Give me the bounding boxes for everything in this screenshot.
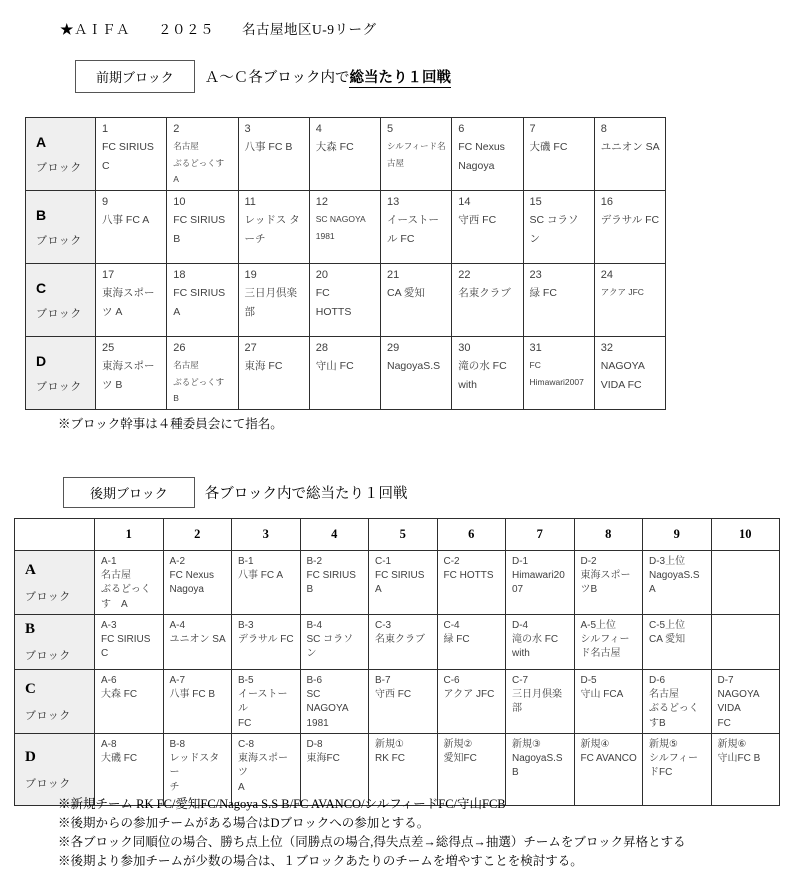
- team-cell: 3八事 FC B: [238, 118, 309, 191]
- team-name: イーストール FC: [238, 688, 295, 732]
- team-number: 16: [601, 195, 660, 210]
- assignment-code: 新規①: [375, 738, 432, 752]
- block-row: AブロックA-1名古屋 ぶるどっくす AA-2FC Nexus NagoyaB-…: [15, 551, 780, 615]
- second-half-table: 12345678910 AブロックA-1名古屋 ぶるどっくす AA-2FC Ne…: [14, 518, 780, 806]
- assignment-cell: B-3デラサル FC: [232, 615, 301, 670]
- assignment-code: C-5上位: [649, 619, 706, 633]
- team-cell: 6FC Nexus Nagoya: [452, 118, 523, 191]
- team-number: 6: [458, 122, 517, 137]
- block-letter: A: [25, 562, 94, 579]
- block-label: ブロック: [25, 588, 94, 604]
- team-name: FC Himawari2007: [530, 357, 589, 389]
- block-letter: D: [25, 749, 94, 766]
- team-name: 名古屋 ぶるどっくす A: [173, 138, 232, 186]
- assignment-cell: B-1八事 FC A: [232, 551, 301, 615]
- assignment-code: D-3上位: [649, 555, 706, 569]
- assignment-cell: D-5守山 FCA: [574, 670, 643, 734]
- assignment-cell: B-6SC NAGOYA 1981: [300, 670, 369, 734]
- team-name: FC HOTTS: [316, 284, 375, 321]
- assignment-cell: A-7八事 FC B: [163, 670, 232, 734]
- team-name: NAGOYA VIDA FC: [718, 688, 775, 732]
- document-page: ★ＡＩＦＡ ２０２５ 名古屋地区U-9リーグ 前期ブロック Ａ～Ｃ各ブロック内で…: [0, 0, 794, 891]
- team-name: FC SIRIUS A: [173, 284, 232, 321]
- team-name: FC Nexus Nagoya: [170, 569, 227, 598]
- column-number-header: 9: [643, 519, 712, 551]
- team-name: 守西 FC: [458, 211, 517, 229]
- block-row-header: Aブロック: [26, 118, 96, 191]
- team-number: 11: [245, 195, 304, 210]
- block-label: ブロック: [36, 232, 95, 248]
- note-line: ※後期からの参加チームがある場合はDブロックへの参加とする。: [58, 814, 686, 833]
- first-half-subtitle-plain: Ａ～Ｃ各ブロック内で: [205, 70, 350, 86]
- assignment-cell: A-4ユニオン SA: [163, 615, 232, 670]
- team-name: RK FC: [375, 752, 432, 767]
- team-name: FC HOTTS: [444, 569, 501, 584]
- team-name: アクア JFC: [601, 284, 660, 300]
- team-name: 大森 FC: [316, 138, 375, 156]
- assignment-code: D-1: [512, 555, 569, 569]
- team-name: 守山FC B: [718, 752, 775, 767]
- team-cell: 26名古屋 ぶるどっくす B: [167, 337, 238, 410]
- column-number-header: 2: [163, 519, 232, 551]
- team-number: 25: [102, 341, 161, 356]
- team-name: 八事 FC A: [238, 569, 295, 584]
- team-cell: 25東海スポーツ B: [96, 337, 167, 410]
- block-row-header: Cブロック: [15, 670, 95, 734]
- team-number: 2: [173, 122, 232, 137]
- assignment-code: 新規③: [512, 738, 569, 752]
- team-number: 8: [601, 122, 660, 137]
- team-cell: 31FC Himawari2007: [523, 337, 594, 410]
- block-letter: C: [36, 280, 95, 296]
- assignment-code: B-2: [307, 555, 364, 569]
- column-number-header: 5: [369, 519, 438, 551]
- column-number-header: 8: [574, 519, 643, 551]
- assignment-code: 新規②: [444, 738, 501, 752]
- assignment-code: B-3: [238, 619, 295, 633]
- column-number-header: 1: [95, 519, 164, 551]
- team-cell: 24アクア JFC: [594, 264, 665, 337]
- team-name: 滝の水 FC with: [458, 357, 517, 394]
- first-half-box-label: 前期ブロック: [75, 60, 195, 93]
- team-name: ユニオン SA: [170, 633, 227, 648]
- assignment-code: C-3: [375, 619, 432, 633]
- team-name: デラサル FC: [601, 211, 660, 229]
- block-row-header: Bブロック: [15, 615, 95, 670]
- assignment-cell: A-6大森 FC: [95, 670, 164, 734]
- team-name: 名古屋 ぶるどっくすB: [649, 688, 706, 732]
- team-name: 滝の水 FC with: [512, 633, 569, 662]
- team-number: 1: [102, 122, 161, 137]
- team-name: 守山 FC: [316, 357, 375, 375]
- note-line: ※後期より参加チームが少数の場合は、１ブロックあたりのチームを増やすことを検討す…: [58, 852, 686, 871]
- first-half-subtitle-bold: 総当たり１回戦: [349, 70, 451, 88]
- assignment-code: A-3: [101, 619, 158, 633]
- team-name: 名東クラブ: [375, 633, 432, 648]
- team-name: デラサル FC: [238, 633, 295, 648]
- assignment-cell: B-7守西 FC: [369, 670, 438, 734]
- block-label: ブロック: [36, 305, 95, 321]
- team-number: 24: [601, 268, 660, 283]
- team-name: NAGOYA VIDA FC: [601, 357, 660, 394]
- team-name: 守山 FCA: [581, 688, 638, 703]
- team-name: レッドスター チ: [170, 752, 227, 796]
- assignment-cell: C-4緑 FC: [437, 615, 506, 670]
- team-number: 14: [458, 195, 517, 210]
- assignment-code: D-5: [581, 674, 638, 688]
- block-label: ブロック: [36, 159, 95, 175]
- assignment-cell: [711, 615, 780, 670]
- block-letter: D: [36, 353, 95, 369]
- assignment-code: B-1: [238, 555, 295, 569]
- team-name: 緑 FC: [444, 633, 501, 648]
- team-cell: 21CA 愛知: [381, 264, 452, 337]
- team-name: シルフィード名古屋: [387, 138, 446, 170]
- team-name: 愛知FC: [444, 752, 501, 767]
- team-name: シルフィードFC: [649, 752, 706, 781]
- team-cell: 4大森 FC: [309, 118, 380, 191]
- assignment-code: D-2: [581, 555, 638, 569]
- team-number: 31: [530, 341, 589, 356]
- corner-header: [15, 519, 95, 551]
- team-number: 27: [245, 341, 304, 356]
- block-letter: B: [25, 621, 94, 638]
- team-name: アクア JFC: [444, 688, 501, 703]
- team-number: 28: [316, 341, 375, 356]
- page-title: ★ＡＩＦＡ ２０２５ 名古屋地区U-9リーグ: [60, 18, 377, 38]
- assignment-code: D-7: [718, 674, 775, 688]
- team-number: 5: [387, 122, 446, 137]
- team-cell: 28守山 FC: [309, 337, 380, 410]
- block-label: ブロック: [25, 775, 94, 791]
- assignment-code: D-4: [512, 619, 569, 633]
- team-name: SC コラソン: [307, 633, 364, 662]
- assignment-code: C-6: [444, 674, 501, 688]
- team-name: 守西 FC: [375, 688, 432, 703]
- assignment-code: A-2: [170, 555, 227, 569]
- column-number-header: 3: [232, 519, 301, 551]
- second-half-subtitle: 各ブロック内で総当たり１回戦: [205, 482, 408, 503]
- second-half-box-label: 後期ブロック: [63, 477, 195, 508]
- team-name: 名古屋 ぶるどっくす B: [173, 357, 232, 405]
- team-name: NagoyaS.S: [387, 357, 446, 375]
- team-name: 東海 FC: [245, 357, 304, 375]
- team-name: 八事 FC B: [245, 138, 304, 156]
- team-name: 三日月倶楽部: [512, 688, 569, 717]
- assignment-code: A-7: [170, 674, 227, 688]
- block-letter: B: [36, 207, 95, 223]
- assignment-cell: C-1FC SIRIUS A: [369, 551, 438, 615]
- assignment-cell: D-2東海スポーツB: [574, 551, 643, 615]
- assignment-cell: A-1名古屋 ぶるどっくす A: [95, 551, 164, 615]
- team-name: 大磯 FC: [101, 752, 158, 767]
- team-name: SC NAGOYA 1981: [316, 211, 375, 243]
- assignment-code: C-7: [512, 674, 569, 688]
- first-half-subtitle: Ａ～Ｃ各ブロック内で総当たり１回戦: [205, 66, 451, 87]
- team-number: 17: [102, 268, 161, 283]
- team-number: 23: [530, 268, 589, 283]
- team-number: 4: [316, 122, 375, 137]
- team-name: 東海スポーツ A: [238, 752, 295, 796]
- team-name: ユニオン SA: [601, 138, 660, 156]
- team-name: CA 愛知: [387, 284, 446, 302]
- team-number: 3: [245, 122, 304, 137]
- assignment-code: A-6: [101, 674, 158, 688]
- team-number: 22: [458, 268, 517, 283]
- assignment-cell: C-7三日月倶楽部: [506, 670, 575, 734]
- assignment-code: B-4: [307, 619, 364, 633]
- assignment-code: B-5: [238, 674, 295, 688]
- block-row: Aブロック1FC SIRIUS C2名古屋 ぶるどっくす A3八事 FC B4大…: [26, 118, 666, 191]
- team-name: Himawari2007: [512, 569, 569, 598]
- team-cell: 11レッドス ターチ: [238, 191, 309, 264]
- team-cell: 5シルフィード名古屋: [381, 118, 452, 191]
- team-number: 15: [530, 195, 589, 210]
- team-name: シルフィード名古屋: [581, 633, 638, 662]
- second-half-section-header: 後期ブロック 各ブロック内で総当たり１回戦: [63, 477, 407, 508]
- assignment-cell: D-4滝の水 FC with: [506, 615, 575, 670]
- team-name: FC AVANCO: [581, 752, 638, 767]
- team-name: 大森 FC: [101, 688, 158, 703]
- block-label: ブロック: [25, 647, 94, 663]
- team-name: 東海スポーツB: [581, 569, 638, 598]
- assignment-cell: B-4SC コラソン: [300, 615, 369, 670]
- team-cell: 22名東クラブ: [452, 264, 523, 337]
- note-line: ※新規チーム RK FC/愛知FC/Nagoya S.S B/FC AVANCO…: [58, 795, 686, 814]
- team-name: FC SIRIUS C: [101, 633, 158, 662]
- assignment-code: B-8: [170, 738, 227, 752]
- team-number: 30: [458, 341, 517, 356]
- team-name: 名東クラブ: [458, 284, 517, 302]
- team-name: FC SIRIUS B: [173, 211, 232, 248]
- team-name: 東海FC: [307, 752, 364, 767]
- team-cell: 9八事 FC A: [96, 191, 167, 264]
- team-cell: 1FC SIRIUS C: [96, 118, 167, 191]
- assignment-code: C-2: [444, 555, 501, 569]
- column-number-header: 7: [506, 519, 575, 551]
- team-number: 12: [316, 195, 375, 210]
- team-cell: 18FC SIRIUS A: [167, 264, 238, 337]
- block-row-header: Bブロック: [26, 191, 96, 264]
- assignment-code: A-4: [170, 619, 227, 633]
- team-name: FC SIRIUS B: [307, 569, 364, 598]
- team-name: FC Nexus Nagoya: [458, 138, 517, 175]
- assignment-code: A-1: [101, 555, 158, 569]
- assignment-code: C-4: [444, 619, 501, 633]
- team-cell: 13イーストール FC: [381, 191, 452, 264]
- assignment-cell: A-5上位シルフィード名古屋: [574, 615, 643, 670]
- block-label: ブロック: [36, 378, 95, 394]
- column-number-header: 4: [300, 519, 369, 551]
- team-cell: 8ユニオン SA: [594, 118, 665, 191]
- team-number: 9: [102, 195, 161, 210]
- team-number: 19: [245, 268, 304, 283]
- assignment-cell: A-3FC SIRIUS C: [95, 615, 164, 670]
- team-cell: 20FC HOTTS: [309, 264, 380, 337]
- team-cell: 10FC SIRIUS B: [167, 191, 238, 264]
- first-half-note: ※ブロック幹事は４種委員会にて指名。: [58, 414, 283, 432]
- assignment-cell: D-7NAGOYA VIDA FC: [711, 670, 780, 734]
- team-cell: 12SC NAGOYA 1981: [309, 191, 380, 264]
- team-number: 18: [173, 268, 232, 283]
- team-name: 名古屋 ぶるどっくす A: [101, 569, 158, 613]
- team-cell: 30滝の水 FC with: [452, 337, 523, 410]
- assignment-cell: A-2FC Nexus Nagoya: [163, 551, 232, 615]
- team-name: NagoyaS.S A: [649, 569, 706, 598]
- assignment-code: 新規④: [581, 738, 638, 752]
- team-cell: 7大磯 FC: [523, 118, 594, 191]
- column-number-header: 10: [711, 519, 780, 551]
- team-name: 八事 FC B: [170, 688, 227, 703]
- team-number: 26: [173, 341, 232, 356]
- team-cell: 15SC コラソン: [523, 191, 594, 264]
- block-row: Cブロック17東海スポーツ A18FC SIRIUS A19三日月倶楽部20FC…: [26, 264, 666, 337]
- team-name: イーストール FC: [387, 211, 446, 248]
- block-row-header: Cブロック: [26, 264, 96, 337]
- assignment-cell: C-6アクア JFC: [437, 670, 506, 734]
- team-cell: 32NAGOYA VIDA FC: [594, 337, 665, 410]
- assignment-cell: B-2FC SIRIUS B: [300, 551, 369, 615]
- assignment-code: 新規⑥: [718, 738, 775, 752]
- team-name: 八事 FC A: [102, 211, 161, 229]
- block-row-header: Dブロック: [26, 337, 96, 410]
- team-name: 東海スポーツ A: [102, 284, 161, 321]
- team-name: 三日月倶楽部: [245, 284, 304, 321]
- team-name: FC SIRIUS C: [102, 138, 161, 175]
- assignment-cell: C-2FC HOTTS: [437, 551, 506, 615]
- assignment-cell: 新規⑥守山FC B: [711, 734, 780, 806]
- first-half-section-header: 前期ブロック Ａ～Ｃ各ブロック内で総当たり１回戦: [75, 60, 451, 93]
- team-name: 東海スポーツ B: [102, 357, 161, 394]
- team-cell: 23緑 FC: [523, 264, 594, 337]
- team-number: 10: [173, 195, 232, 210]
- team-cell: 19三日月倶楽部: [238, 264, 309, 337]
- assignment-cell: [711, 551, 780, 615]
- team-cell: 27東海 FC: [238, 337, 309, 410]
- block-row-header: Aブロック: [15, 551, 95, 615]
- block-row: BブロックA-3FC SIRIUS CA-4ユニオン SAB-3デラサル FCB…: [15, 615, 780, 670]
- block-row: Bブロック9八事 FC A10FC SIRIUS B11レッドス ターチ12SC…: [26, 191, 666, 264]
- assignment-code: D-6: [649, 674, 706, 688]
- assignment-code: D-8: [307, 738, 364, 752]
- block-letter: A: [36, 134, 95, 150]
- team-cell: 16デラサル FC: [594, 191, 665, 264]
- team-name: 緑 FC: [530, 284, 589, 302]
- assignment-code: B-7: [375, 674, 432, 688]
- assignment-code: 新規⑤: [649, 738, 706, 752]
- team-cell: 17東海スポーツ A: [96, 264, 167, 337]
- note-line: ※各ブロック同順位の場合、勝ち点上位（同勝点の場合,得失点差→総得点→抽選）チー…: [58, 833, 686, 852]
- assignment-code: B-6: [307, 674, 364, 688]
- assignment-cell: D-1Himawari2007: [506, 551, 575, 615]
- assignment-code: A-5上位: [581, 619, 638, 633]
- assignment-cell: C-3名東クラブ: [369, 615, 438, 670]
- team-cell: 2名古屋 ぶるどっくす A: [167, 118, 238, 191]
- team-name: FC SIRIUS A: [375, 569, 432, 598]
- block-row: Dブロック25東海スポーツ B26名古屋 ぶるどっくす B27東海 FC28守山…: [26, 337, 666, 410]
- team-number: 21: [387, 268, 446, 283]
- assignment-cell: C-5上位CA 愛知: [643, 615, 712, 670]
- team-name: CA 愛知: [649, 633, 706, 648]
- team-number: 7: [530, 122, 589, 137]
- team-name: レッドス ターチ: [245, 211, 304, 248]
- team-name: SC コラソン: [530, 211, 589, 248]
- assignment-cell: D-3上位NagoyaS.S A: [643, 551, 712, 615]
- block-row: CブロックA-6大森 FCA-7八事 FC BB-5イーストール FCB-6SC…: [15, 670, 780, 734]
- team-name: 大磯 FC: [530, 138, 589, 156]
- team-number: 13: [387, 195, 446, 210]
- column-number-header: 6: [437, 519, 506, 551]
- first-half-table: Aブロック1FC SIRIUS C2名古屋 ぶるどっくす A3八事 FC B4大…: [25, 117, 666, 410]
- team-number: 20: [316, 268, 375, 283]
- assignment-code: C-1: [375, 555, 432, 569]
- assignment-cell: B-5イーストール FC: [232, 670, 301, 734]
- team-number: 29: [387, 341, 446, 356]
- second-half-notes: ※新規チーム RK FC/愛知FC/Nagoya S.S B/FC AVANCO…: [58, 795, 686, 871]
- block-label: ブロック: [25, 707, 94, 723]
- team-name: SC NAGOYA 1981: [307, 688, 364, 732]
- team-cell: 29NagoyaS.S: [381, 337, 452, 410]
- team-cell: 14守西 FC: [452, 191, 523, 264]
- team-name: NagoyaS.S B: [512, 752, 569, 781]
- team-number: 32: [601, 341, 660, 356]
- assignment-code: C-8: [238, 738, 295, 752]
- assignment-code: A-8: [101, 738, 158, 752]
- block-letter: C: [25, 681, 94, 698]
- assignment-cell: D-6名古屋 ぶるどっくすB: [643, 670, 712, 734]
